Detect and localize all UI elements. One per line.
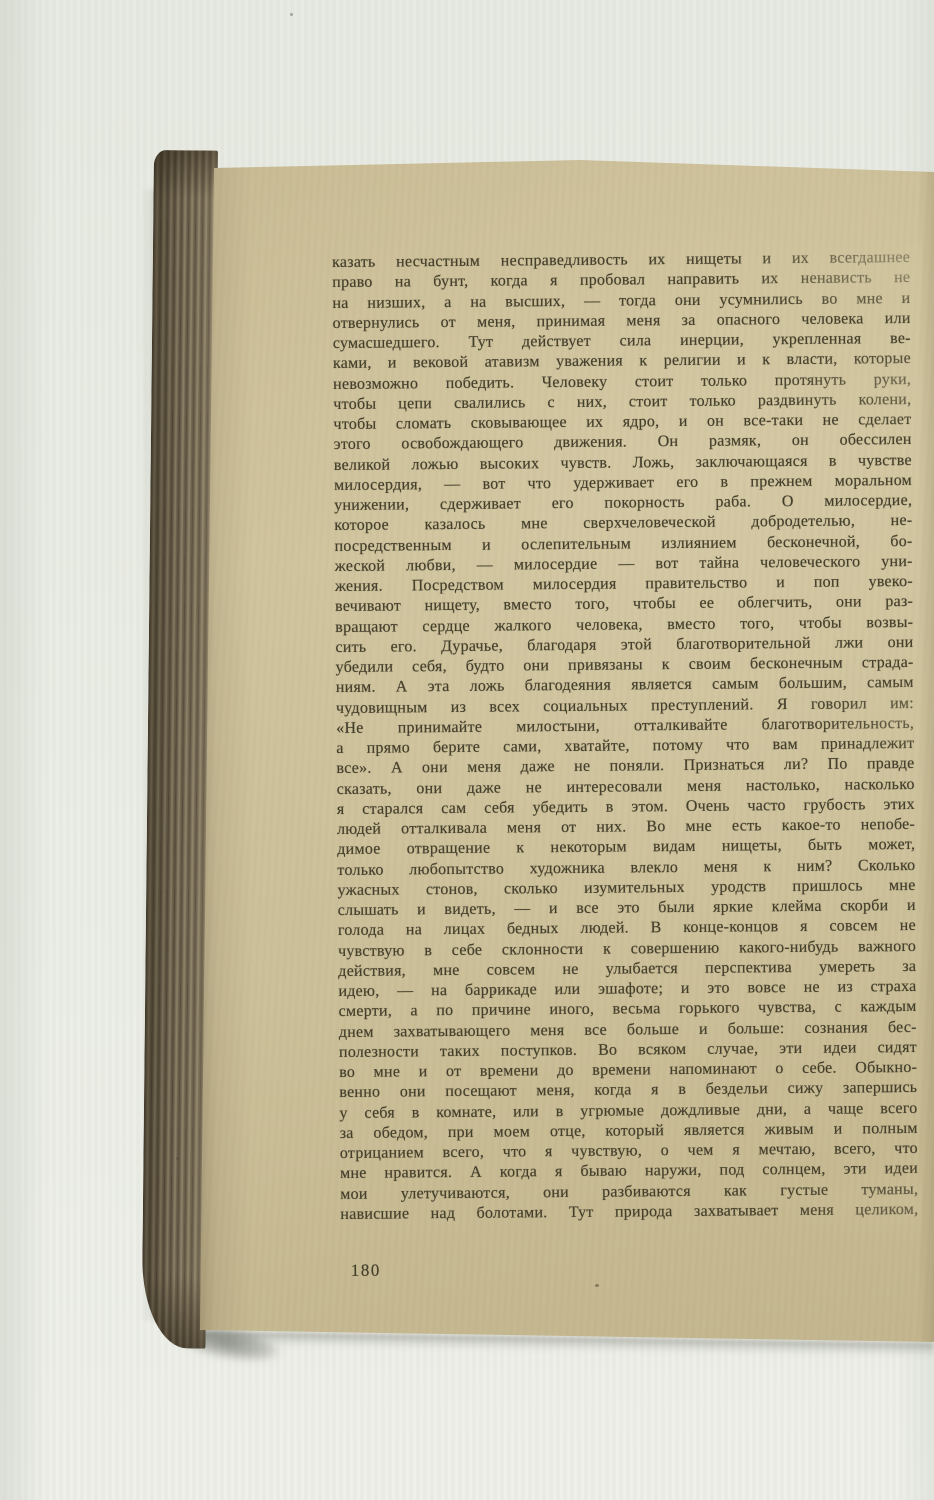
book-page: казать несчастным несправедливость их ни… bbox=[200, 146, 934, 1361]
dust-speck bbox=[176, 1157, 179, 1160]
dust-speck bbox=[290, 13, 293, 16]
page-number: 180 bbox=[351, 1256, 919, 1281]
text-line: нависшие над болотами. Тут природа захва… bbox=[340, 1200, 918, 1225]
dust-speck bbox=[595, 1284, 599, 1287]
dust-speck bbox=[493, 990, 496, 993]
page-text: казать несчастным несправедливость их ни… bbox=[332, 248, 919, 1281]
photo-background: казать несчастным несправедливость их ни… bbox=[0, 0, 934, 1500]
